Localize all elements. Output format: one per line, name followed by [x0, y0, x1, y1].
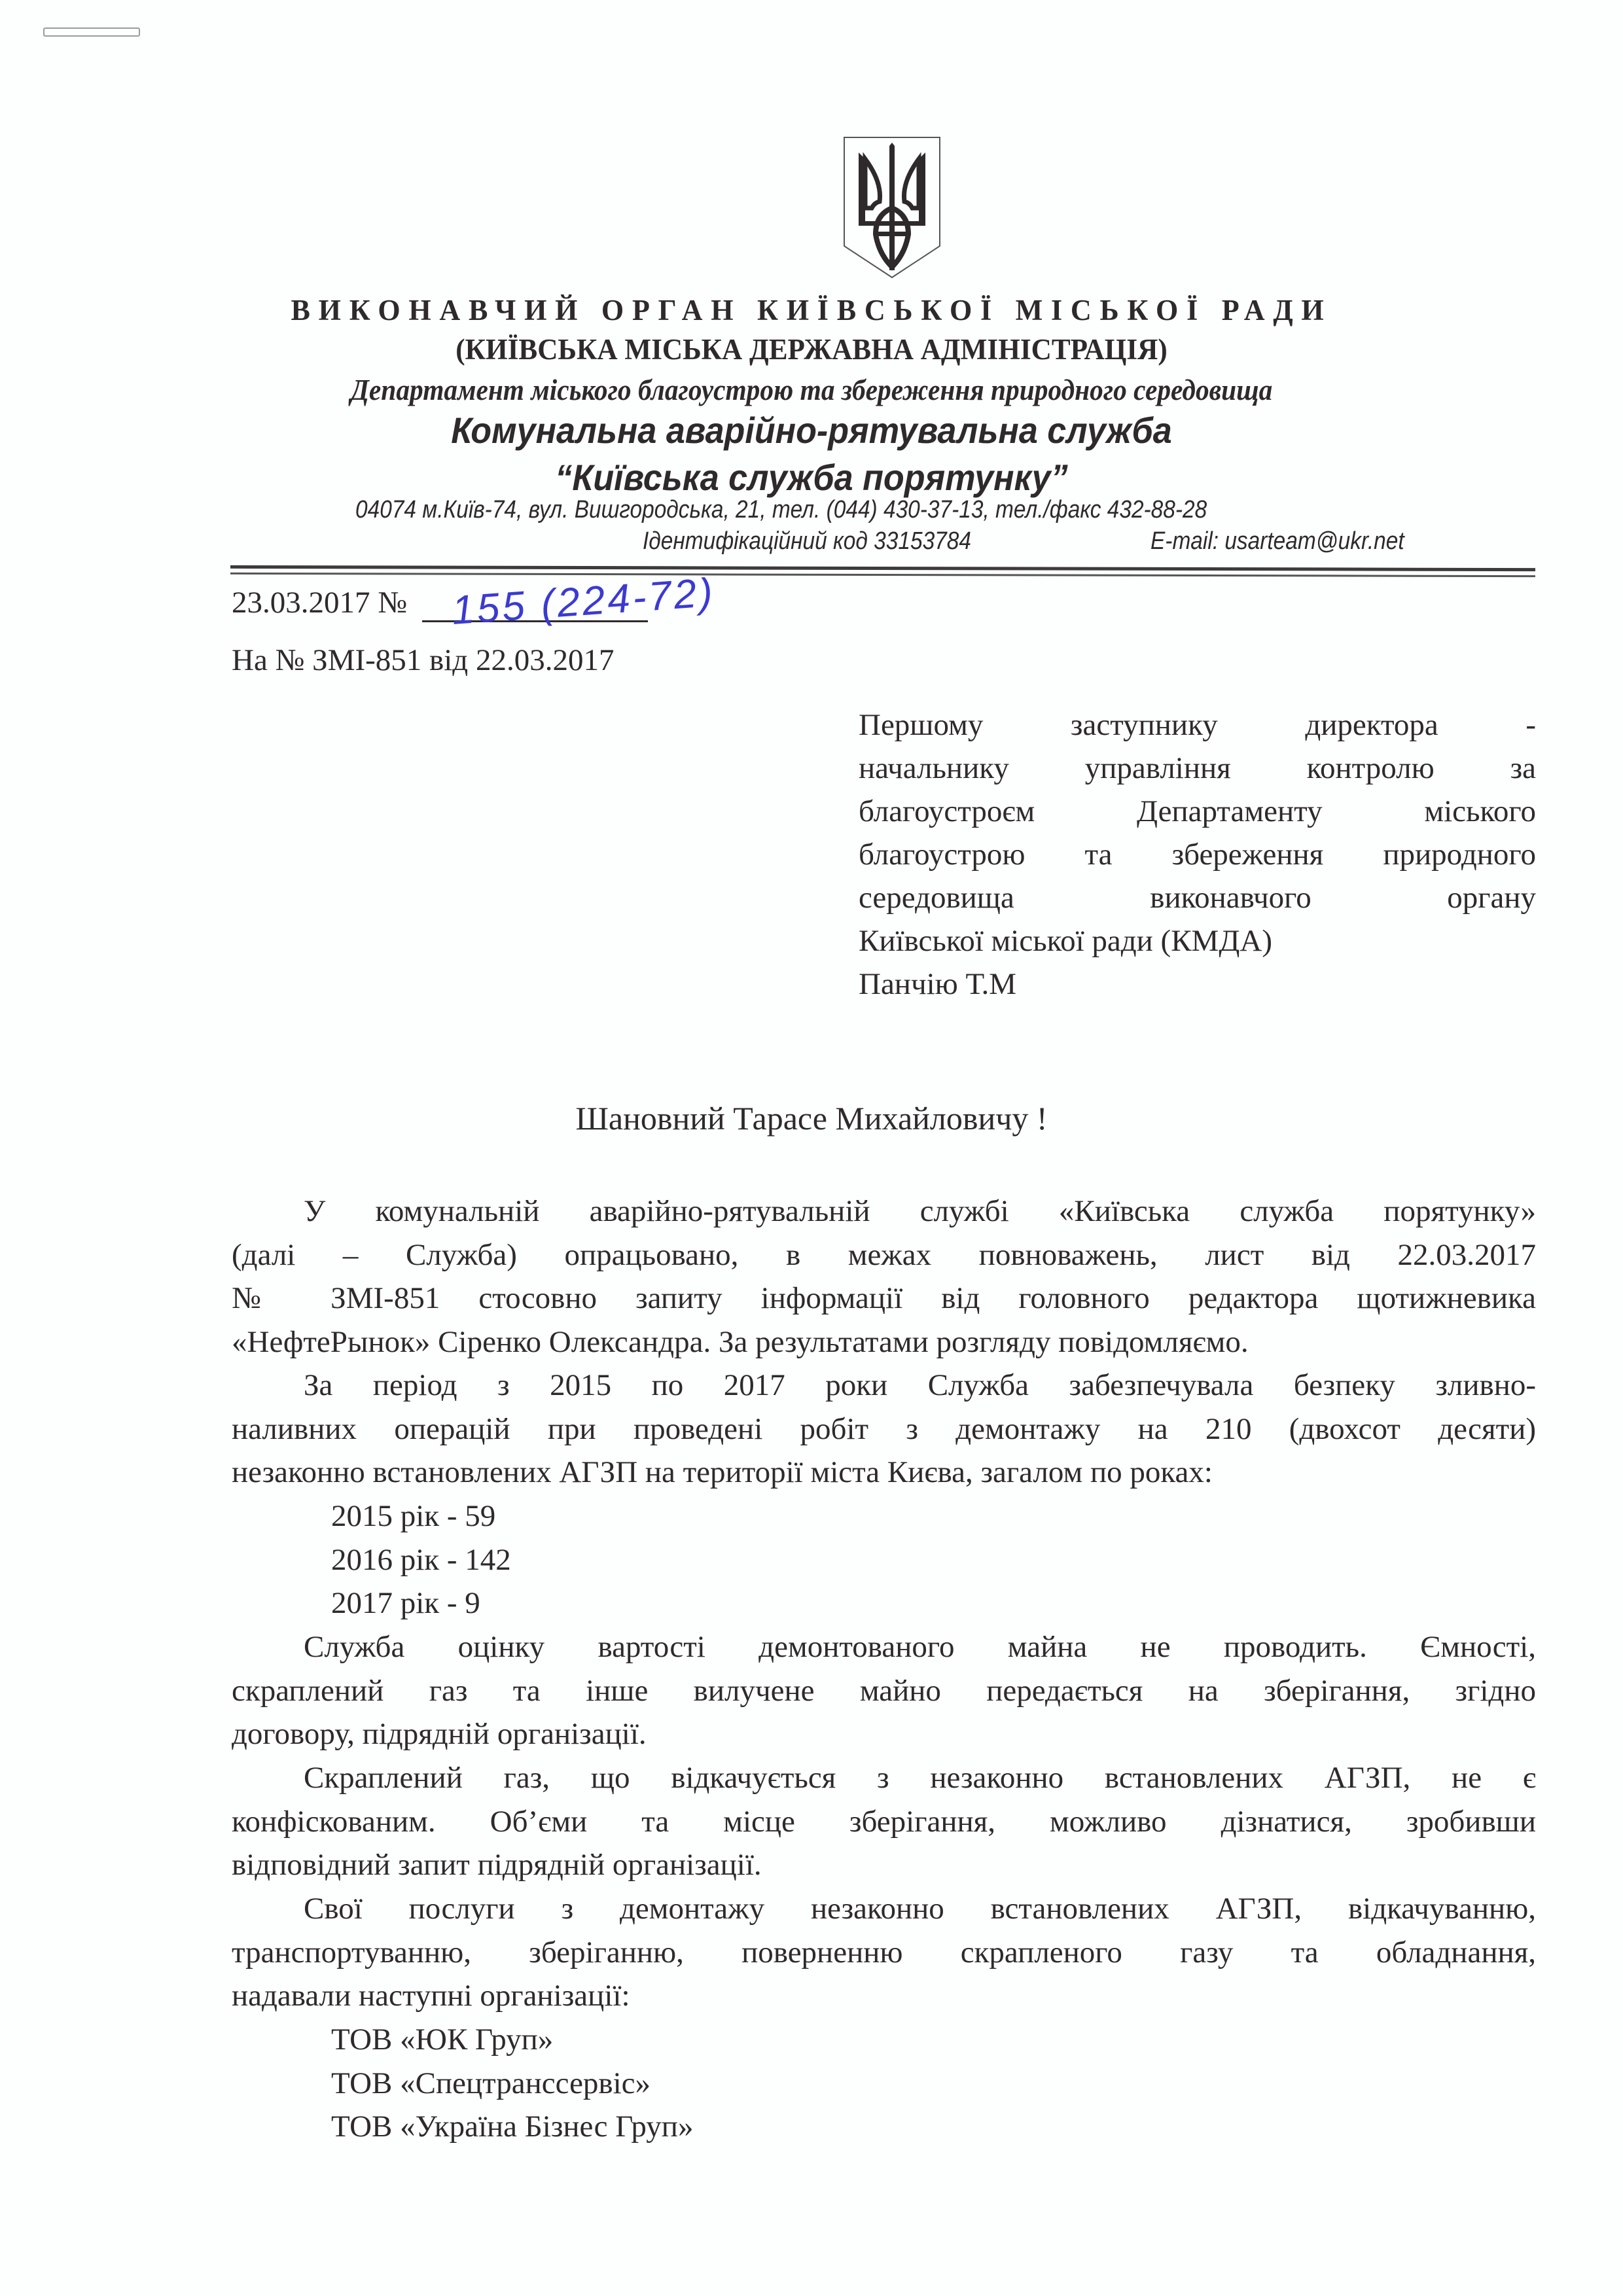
text-line: «НефтеРынок» Сіренко Олександра. За резу… — [232, 1320, 1536, 1364]
text-line: надавали наступні організації: — [232, 1974, 1536, 2018]
addressee-line: начальнику управління контролю за — [859, 747, 1536, 790]
addressee-line: благоустрою та збереження природного — [859, 833, 1536, 876]
addressee-line: Київської міської ради (КМДА) — [859, 919, 1536, 963]
year-item: 2016 рік - 142 — [331, 1538, 511, 1582]
paragraph-3: Служба оцінку вартості демонтованого май… — [232, 1625, 1536, 1756]
organization-item: ТОВ «Спецтранссервіс» — [331, 2062, 693, 2106]
incoming-reference: На № ЗМІ-851 від 22.03.2017 — [232, 639, 614, 682]
org-address: 04074 м.Київ-74, вул. Вишгородська, 21, … — [355, 496, 1207, 524]
addressee-block: Першому заступнику директора - начальник… — [859, 703, 1536, 1006]
handwritten-number: 155 (224-72) — [450, 569, 717, 634]
text-line: Служба оцінку вартості демонтованого май… — [232, 1625, 1536, 1669]
year-item: 2015 рік - 59 — [331, 1494, 511, 1538]
paragraph-4: Скраплений газ, що відкачується з незако… — [232, 1756, 1536, 1887]
department-name: Департамент міського благоустрою та збер… — [65, 373, 1558, 407]
text-line: № ЗМІ-851 стосовно запиту інформації від… — [232, 1277, 1536, 1320]
addressee-line: Першому заступнику директора - — [859, 703, 1536, 747]
addressee-name: Панчію Т.М — [859, 963, 1536, 1006]
staple-mark — [43, 27, 140, 37]
email-address: E-mail: usarteam@ukr.net — [1150, 527, 1404, 556]
paragraph-1: У комунальній аварійно-рятувальній служб… — [232, 1190, 1536, 1364]
outgoing-date: 23.03.2017 № — [232, 581, 407, 624]
text-line: Скраплений газ, що відкачується з незако… — [232, 1756, 1536, 1800]
organizations-list: ТОВ «ЮК Груп» ТОВ «Спецтранссервіс» ТОВ … — [331, 2018, 693, 2149]
text-line: конфіскованим. Об’єми та місце зберіганн… — [232, 1800, 1536, 1844]
text-line: скраплений газ та інше вилучене майно пе… — [232, 1669, 1536, 1713]
text-line: договору, підрядній організації. — [232, 1712, 1536, 1756]
header-divider — [230, 565, 1535, 571]
organization-item: ТОВ «Україна Бізнес Груп» — [331, 2105, 693, 2149]
header-divider-thin — [230, 573, 1535, 577]
text-line: (далі – Служба) опрацьовано, в межах пов… — [232, 1233, 1536, 1277]
text-line: транспортуванню, зберіганню, поверненню … — [232, 1931, 1536, 1975]
org-title: ВИКОНАВЧИЙ ОРГАН КИЇВСЬКОЇ МІСЬКОЇ РАДИ — [16, 293, 1607, 327]
year-item: 2017 рік - 9 — [331, 1581, 511, 1625]
trident-emblem-icon — [843, 136, 941, 279]
paragraph-5: Свої послуги з демонтажу незаконно встан… — [232, 1887, 1536, 2018]
paragraph-2: За період з 2015 по 2017 роки Служба заб… — [232, 1364, 1536, 1494]
addressee-line: середовища виконавчого органу — [859, 876, 1536, 919]
organization-item: ТОВ «ЮК Груп» — [331, 2018, 693, 2062]
addressee-line: благоустроєм Департаменту міського — [859, 790, 1536, 833]
service-name: Комунальна аварійно-рятувальна служба — [57, 409, 1566, 451]
greeting: Шановний Тарасе Михайловичу ! — [0, 1099, 1623, 1137]
service-title: “Київська служба порятунку” — [57, 456, 1566, 499]
years-list: 2015 рік - 59 2016 рік - 142 2017 рік - … — [331, 1494, 511, 1625]
org-subtitle: (КИЇВСЬКА МІСЬКА ДЕРЖАВНА АДМІНІСТРАЦІЯ) — [33, 332, 1591, 366]
text-line: За період з 2015 по 2017 роки Служба заб… — [232, 1364, 1536, 1407]
id-code: Ідентифікаційний код 33153784 — [643, 527, 971, 556]
text-line: відповідний запит підрядній організації. — [232, 1843, 1536, 1887]
text-line: незаконно встановлених АГЗП на території… — [232, 1451, 1536, 1494]
text-line: наливних операцій при проведені робіт з … — [232, 1407, 1536, 1451]
text-line: У комунальній аварійно-рятувальній служб… — [232, 1190, 1536, 1233]
text-line: Свої послуги з демонтажу незаконно встан… — [232, 1887, 1536, 1931]
